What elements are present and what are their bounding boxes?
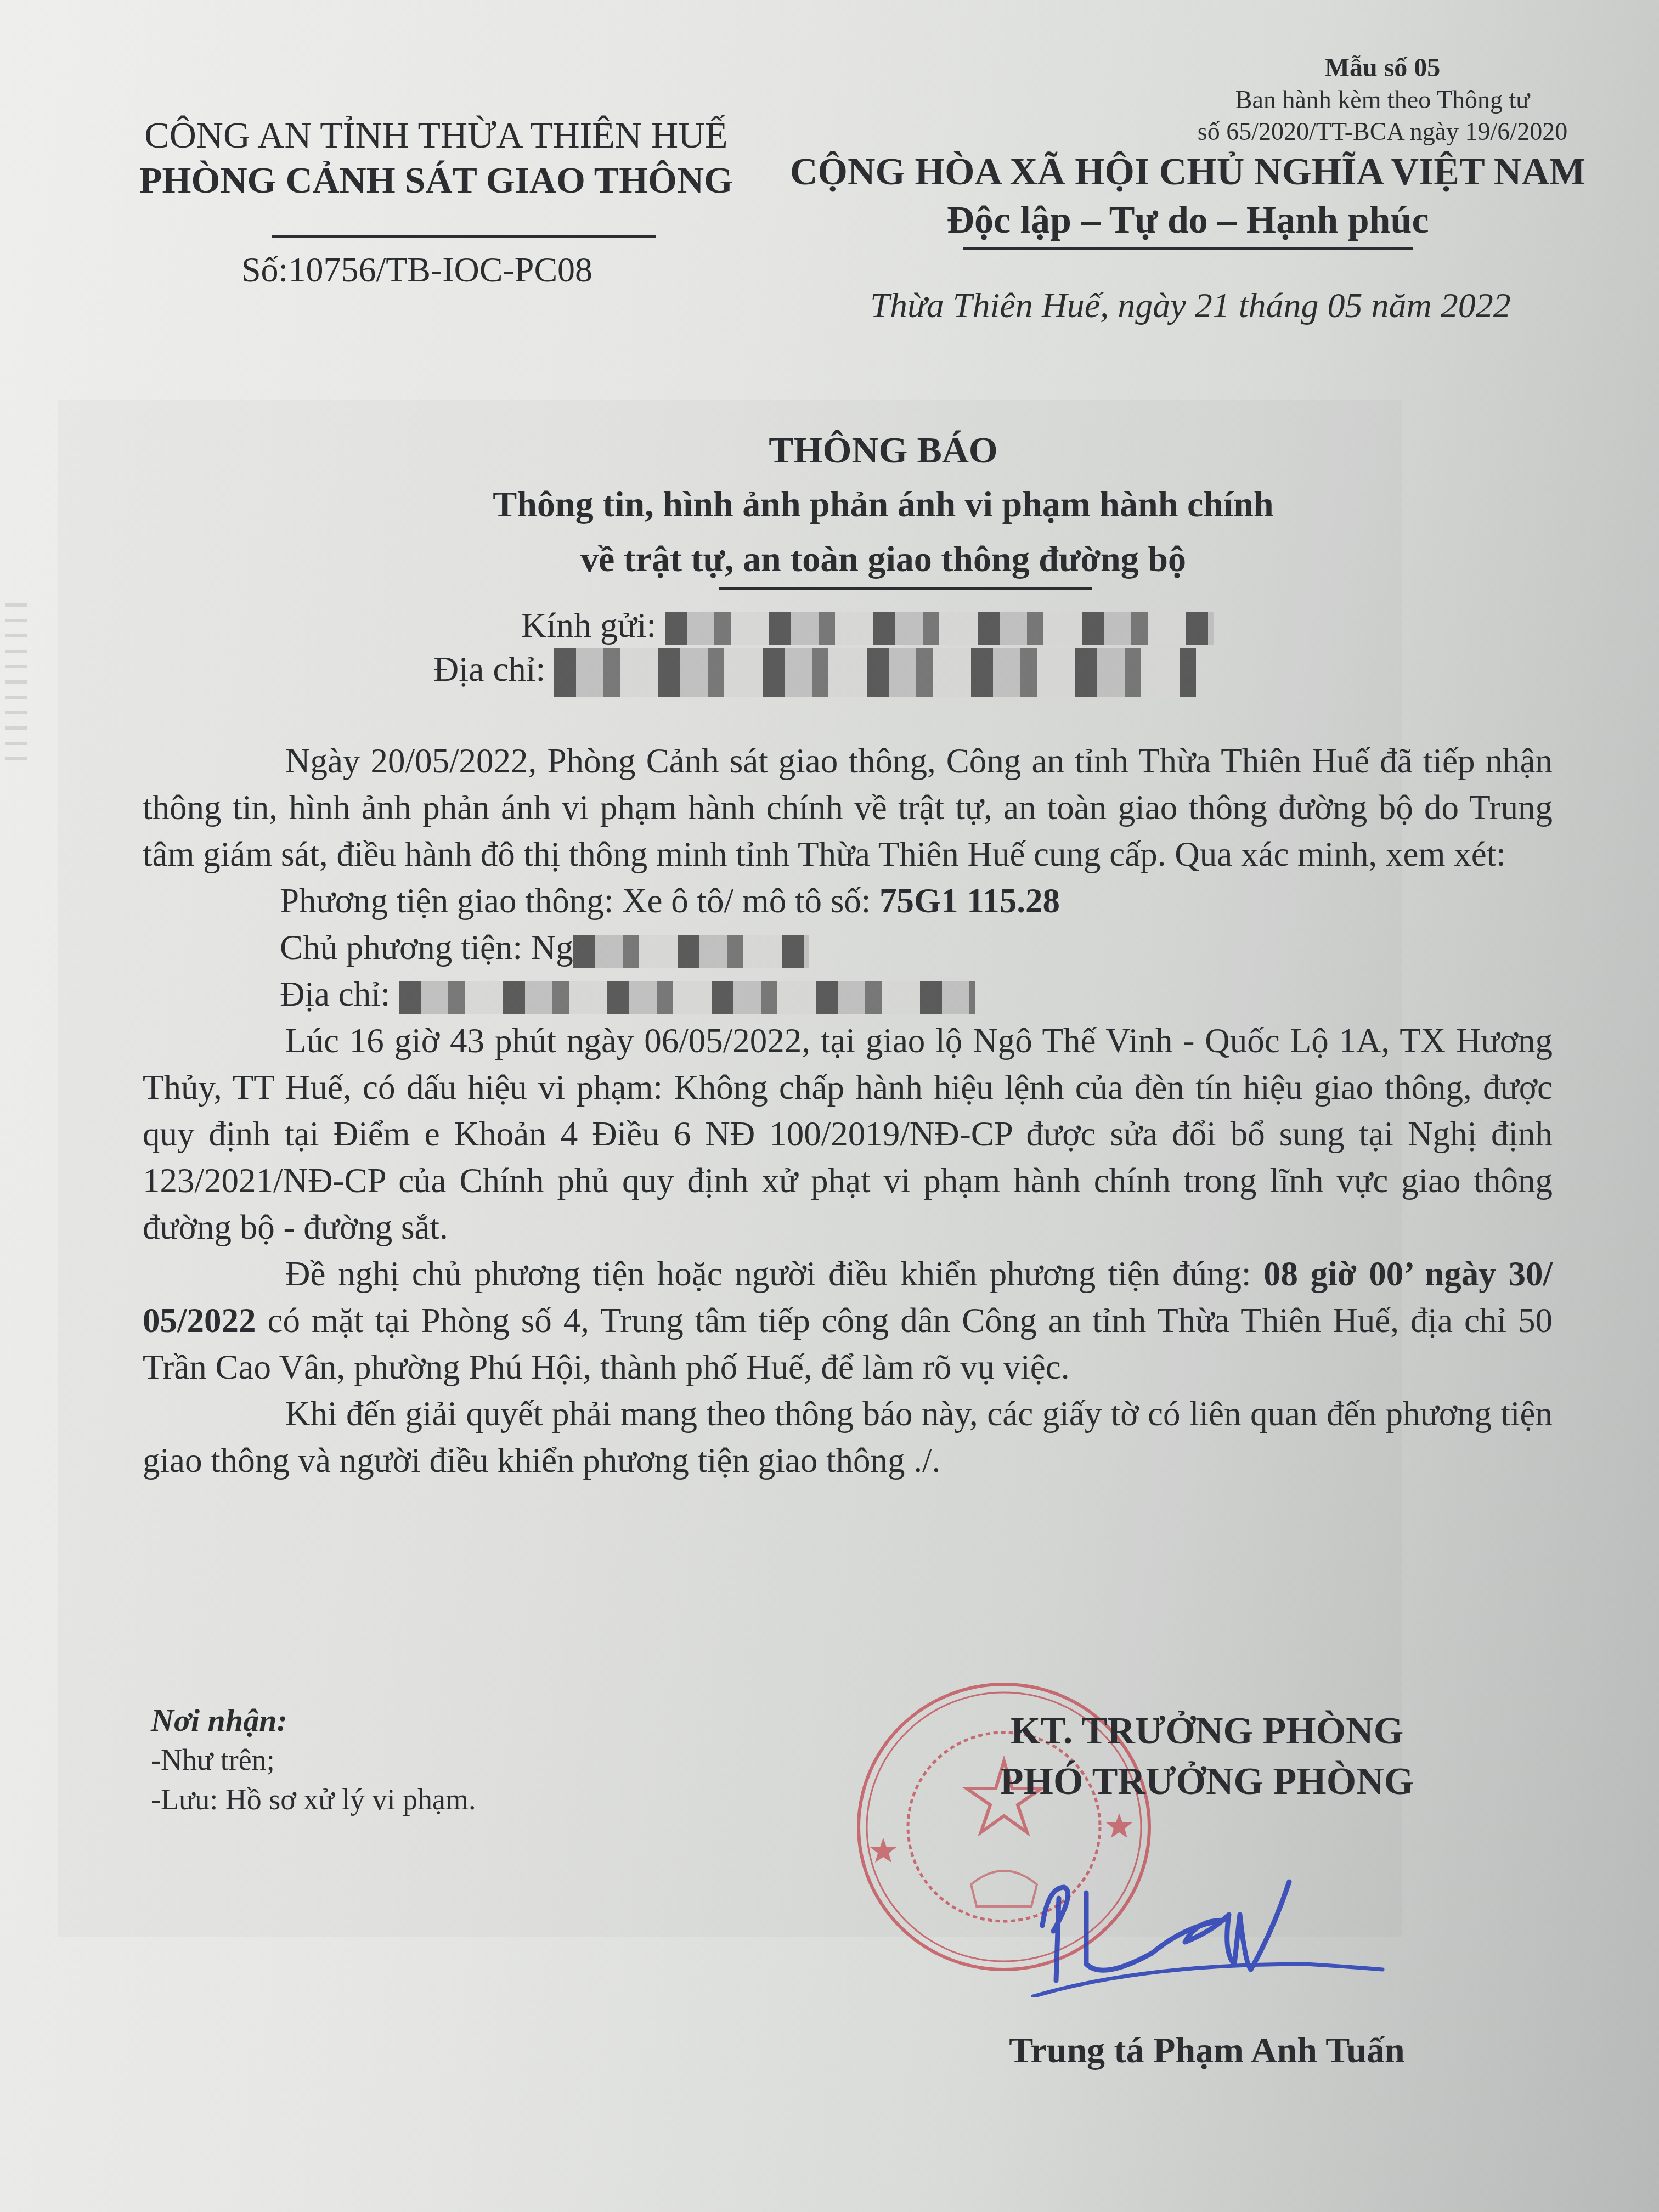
summons-text-post: có mặt tại Phòng số 4, Trung tâm tiếp cô… [143,1301,1553,1386]
form-number-block: Mẫu số 05 Ban hành kèm theo Thông tư số … [1174,52,1591,148]
recipient-row: Kính gửi: [521,603,1214,647]
summons-text-pre: Đề nghị chủ phương tiện hoặc người điều … [285,1255,1263,1293]
recipients-item: -Lưu: Hồ sơ xử lý vi phạm. [151,1780,476,1819]
form-number-line2: số 65/2020/TT-BCA ngày 19/6/2020 [1174,116,1591,148]
national-heading: CỘNG HÒA XÃ HỘI CHỦ NGHĨA VIỆT NAM Độc l… [779,148,1596,250]
title-underline [719,587,1092,590]
recipients-item: -Như trên; [151,1740,476,1780]
notice-subtitle-1: Thông tin, hình ảnh phản ánh vi phạm hàn… [417,477,1350,532]
owner-line: Chủ phương tiện: Ng [143,924,1553,971]
agency-parent: CÔNG AN TỈNH THỪA THIÊN HUẾ [121,112,752,157]
recipients-heading: Nơi nhận: [151,1701,476,1740]
body-paragraph-3: Đề nghị chủ phương tiện hoặc người điều … [143,1251,1553,1391]
body-paragraph-4: Khi đến giải quyết phải mang theo thông … [143,1391,1553,1484]
vehicle-label: Phương tiện giao thông: Xe ô tô/ mô tô s… [280,882,871,920]
signature-title-line2: PHÓ TRƯỞNG PHÒNG [933,1757,1481,1807]
notice-title: THÔNG BÁO Thông tin, hình ảnh phản ánh v… [417,422,1350,590]
nation-motto: Độc lập – Tự do – Hạnh phúc [779,196,1596,245]
vehicle-line: Phương tiện giao thông: Xe ô tô/ mô tô s… [143,878,1553,924]
body-paragraph-2: Lúc 16 giờ 43 phút ngày 06/05/2022, tại … [143,1018,1553,1251]
issuing-agency: CÔNG AN TỈNH THỪA THIÊN HUẾ PHÒNG CẢNH S… [121,112,752,247]
signer-name: Trung tá Phạm Anh Tuấn [933,2030,1481,2072]
place-date: Thừa Thiên Huế, ngày 21 tháng 05 năm 202… [834,285,1547,326]
notice-heading: THÔNG BÁO [417,422,1350,477]
agency-unit: PHÒNG CẢNH SÁT GIAO THÔNG [121,157,752,202]
handwritten-signature-icon [1031,1854,1415,1997]
motto-underline [963,247,1413,250]
owner-address-redacted [399,981,975,1014]
owner-label: Chủ phương tiện: Ng [280,928,573,967]
form-number-title: Mẫu số 05 [1174,52,1591,84]
license-plate: 75G1 115.28 [879,882,1060,920]
recipient-address-redacted [554,648,1196,697]
recipients-list: Nơi nhận: -Như trên; -Lưu: Hồ sơ xử lý v… [151,1701,476,1819]
document-number: Số:10756/TB-IOC-PC08 [241,250,592,290]
recipient-block: Kính gửi: Địa chỉ: [521,603,1214,697]
owner-address-label: Địa chỉ: [280,975,399,1013]
nation-name: CỘNG HÒA XÃ HỘI CHỦ NGHĨA VIỆT NAM [779,148,1596,196]
recipient-address-row: Địa chỉ: [433,647,1214,697]
recipient-address-label: Địa chỉ: [433,650,545,689]
notice-subtitle-2: về trật tự, an toàn giao thông đường bộ [417,532,1350,587]
owner-address-line: Địa chỉ: [143,971,1553,1018]
signature-title: KT. TRƯỞNG PHÒNG PHÓ TRƯỞNG PHÒNG [933,1706,1481,1807]
form-number-line1: Ban hành kèm theo Thông tư [1174,84,1591,116]
owner-redacted [573,935,809,968]
body-paragraph-1: Ngày 20/05/2022, Phòng Cảnh sát giao thô… [143,738,1553,878]
notice-body: Ngày 20/05/2022, Phòng Cảnh sát giao thô… [143,738,1553,1484]
signature-title-line1: KT. TRƯỞNG PHÒNG [933,1706,1481,1757]
recipient-redacted [665,612,1214,645]
bleed-through-marks [5,603,27,768]
agency-underline [121,202,752,247]
recipient-label: Kính gửi: [521,606,656,645]
